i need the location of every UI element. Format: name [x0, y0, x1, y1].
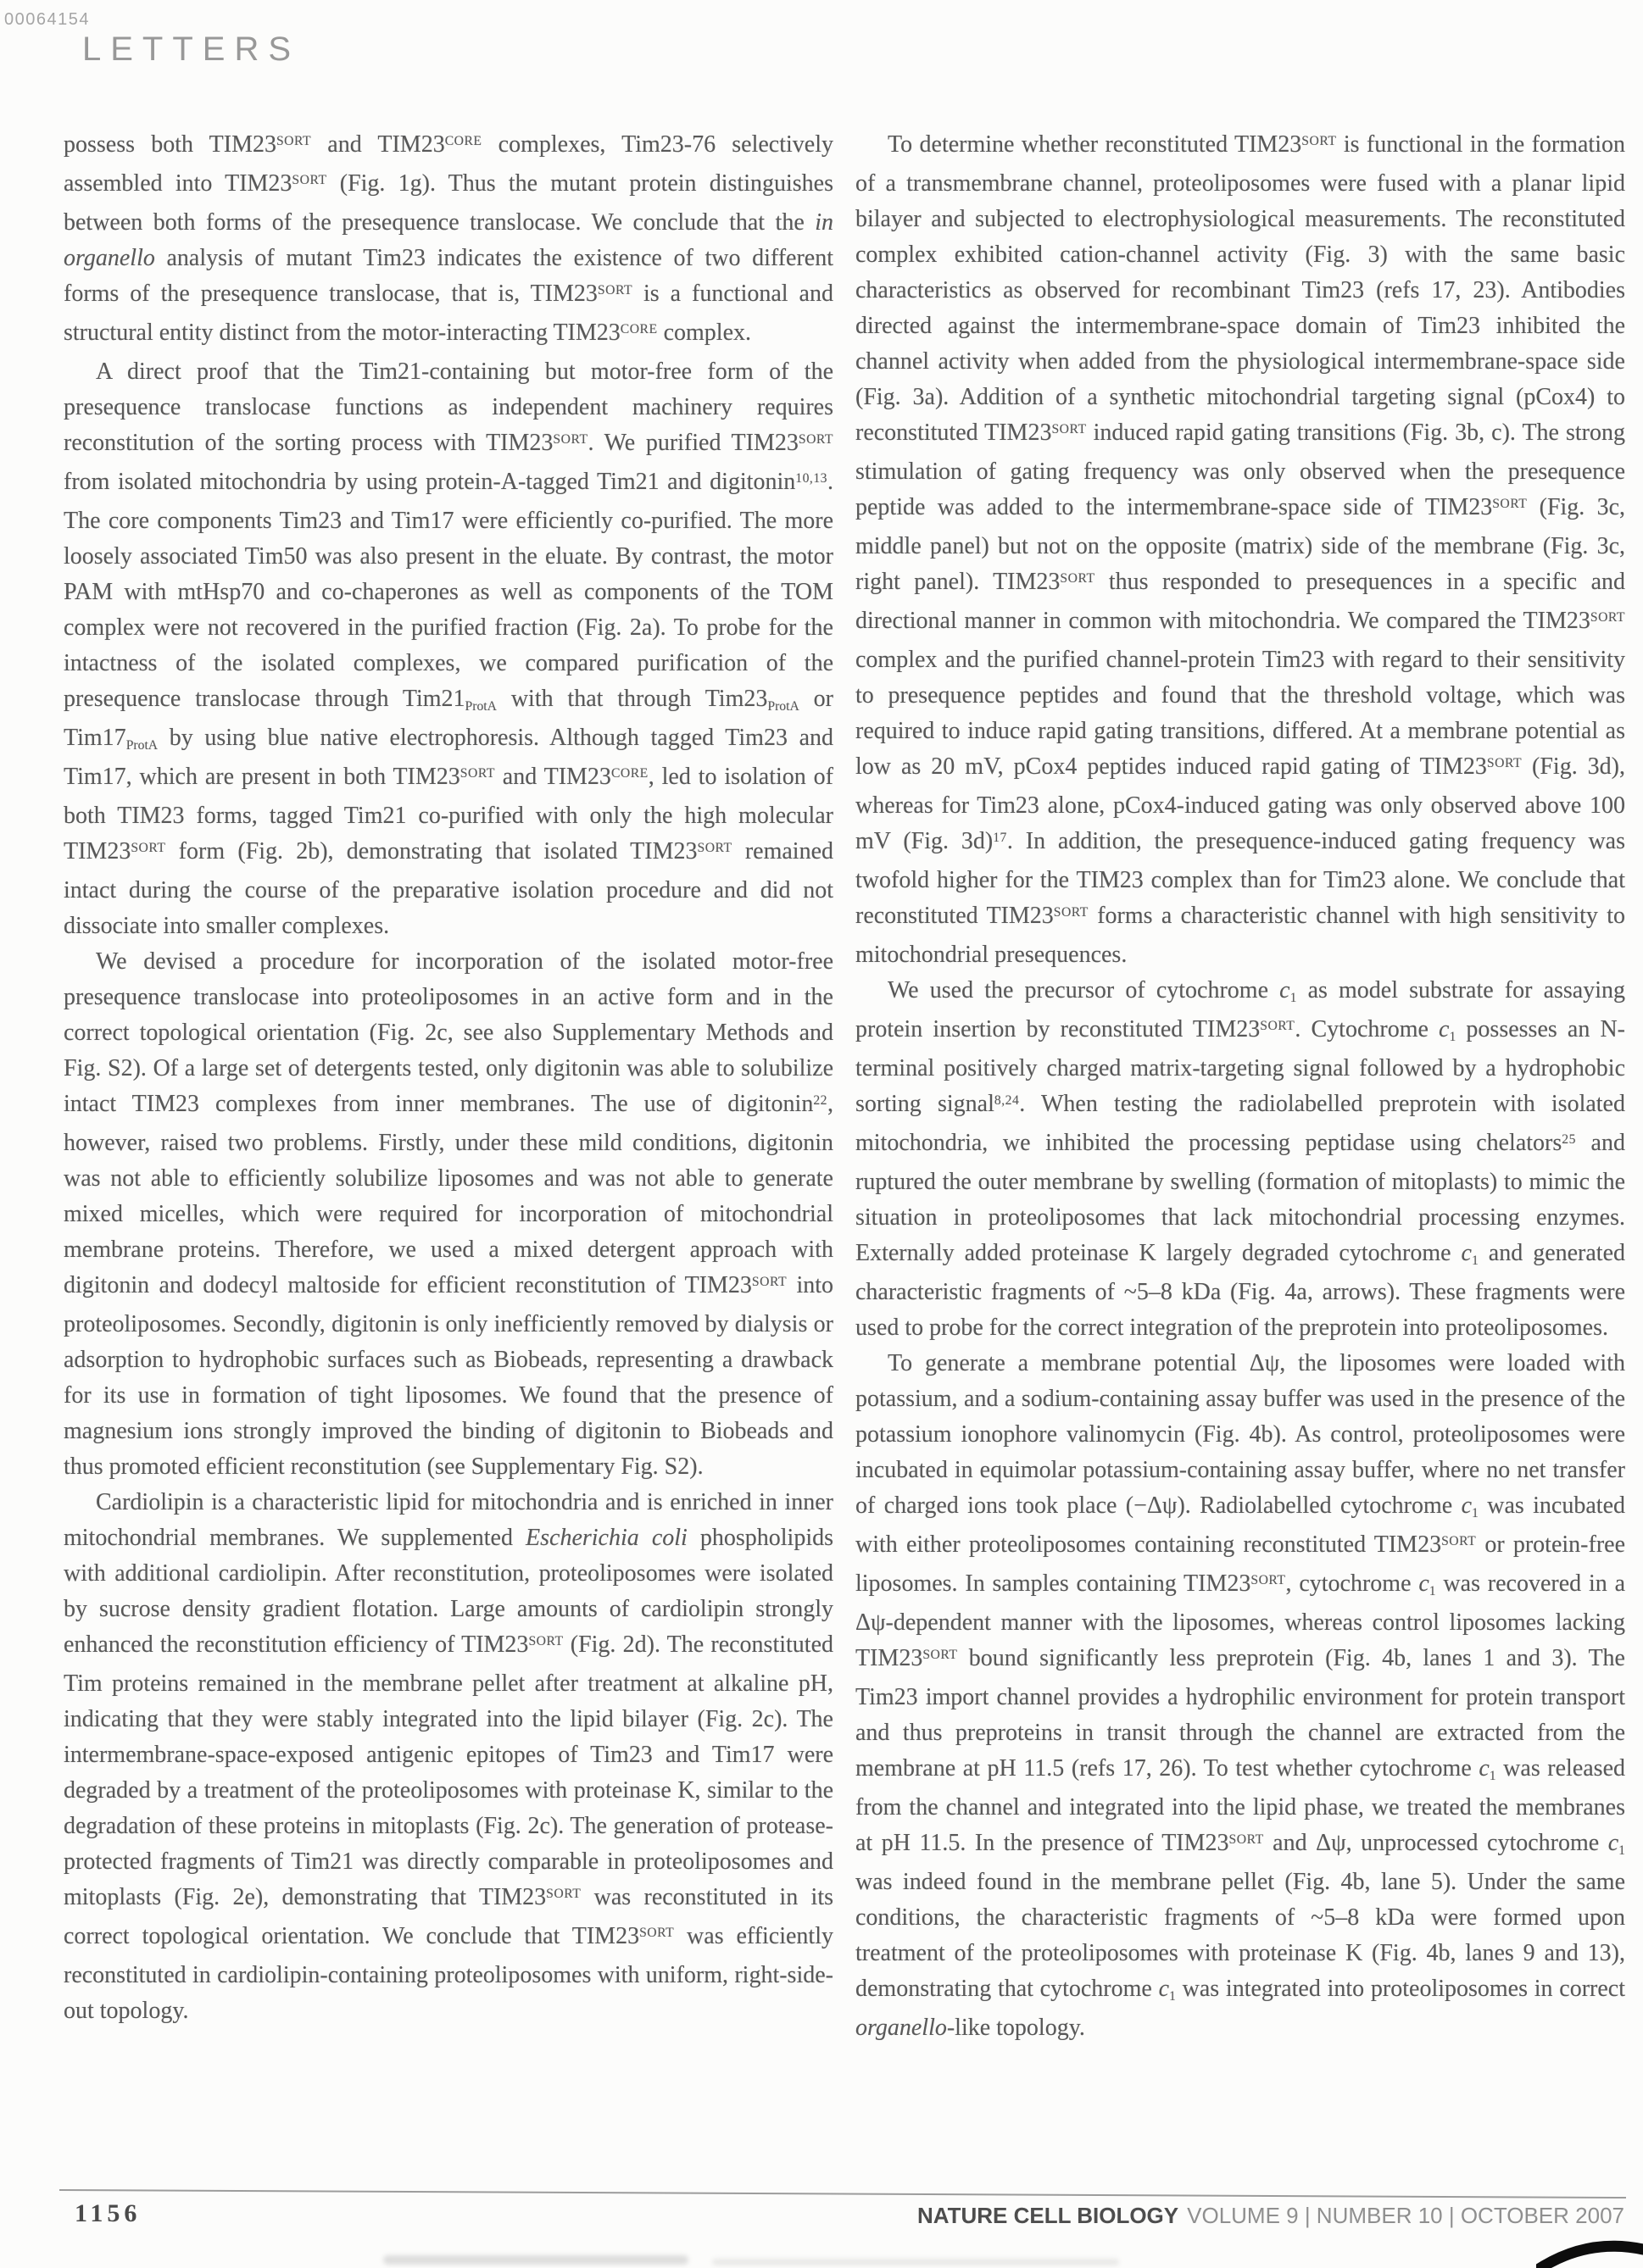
paragraph: A direct proof that the Tim21-containing… — [64, 354, 833, 944]
paragraph: We devised a procedure for incorporation… — [64, 944, 833, 1485]
paragraph: We used the precursor of cytochrome c1 a… — [855, 973, 1625, 1346]
section-header-letters: LETTERS — [82, 31, 300, 69]
scan-artifact-corner-mark — [1536, 2236, 1643, 2268]
scan-artifact-smudge — [383, 2255, 688, 2265]
scan-artifact-smudge-2 — [712, 2259, 1119, 2265]
article-body: possess both TIM23SORT and TIM23CORE com… — [64, 127, 1625, 2046]
footer-journal-info: NATURE CELL BIOLOGYVOLUME 9 | NUMBER 10 … — [917, 2203, 1624, 2229]
scan-id-stamp: 00064154 — [4, 10, 90, 30]
text-column-right: To determine whether reconstituted TIM23… — [855, 127, 1625, 2046]
text-column-left: possess both TIM23SORT and TIM23CORE com… — [64, 127, 833, 2046]
scanned-journal-page: 00064154 LETTERS possess both TIM23SORT … — [0, 0, 1643, 2268]
paragraph: To generate a membrane potential Δψ, the… — [855, 1346, 1625, 2046]
footer-divider — [59, 2189, 1626, 2199]
paragraph: Cardiolipin is a characteristic lipid fo… — [64, 1485, 833, 2029]
journal-name: NATURE CELL BIOLOGY — [917, 2203, 1178, 2228]
paragraph: To determine whether reconstituted TIM23… — [855, 127, 1625, 973]
page-number: 1156 — [75, 2199, 141, 2228]
issue-info: VOLUME 9 | NUMBER 10 | OCTOBER 2007 — [1187, 2203, 1624, 2228]
paragraph: possess both TIM23SORT and TIM23CORE com… — [64, 127, 833, 354]
